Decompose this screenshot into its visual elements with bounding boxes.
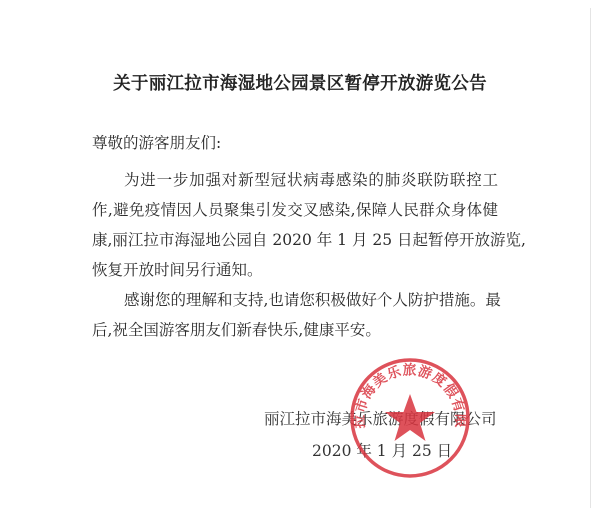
paragraph-line: 康,丽江拉市海湿地公园自 2020 年 1 月 25 日起暂停开放游览,	[92, 225, 498, 255]
salutation: 尊敬的游客朋友们:	[92, 131, 221, 153]
body-paragraph-1: 为进一步加强对新型冠状病毒感染的肺炎联防联控工 作,避免疫情因人员聚集引发交叉感…	[92, 165, 498, 285]
paragraph-line: 感谢您的理解和支持,也请您积极做好个人防护措施。最	[92, 285, 498, 315]
star-icon	[385, 394, 435, 441]
body-paragraph-2: 感谢您的理解和支持,也请您积极做好个人防护措施。最 后,祝全国游客朋友们新春快乐…	[92, 285, 498, 345]
document-title: 关于丽江拉市海湿地公园景区暂停开放游览公告	[0, 70, 600, 95]
paragraph-line: 后,祝全国游客朋友们新春快乐,健康平安。	[92, 315, 498, 345]
official-seal-stamp: 丽江拉市海美乐旅游度假有限公司	[348, 356, 472, 480]
paragraph-line: 作,避免疫情因人员聚集引发交叉感染,保障人民群众身体健	[92, 195, 498, 225]
paragraph-line: 恢复开放时间另行通知。	[92, 255, 498, 285]
paragraph-line: 为进一步加强对新型冠状病毒感染的肺炎联防联控工	[92, 165, 498, 195]
